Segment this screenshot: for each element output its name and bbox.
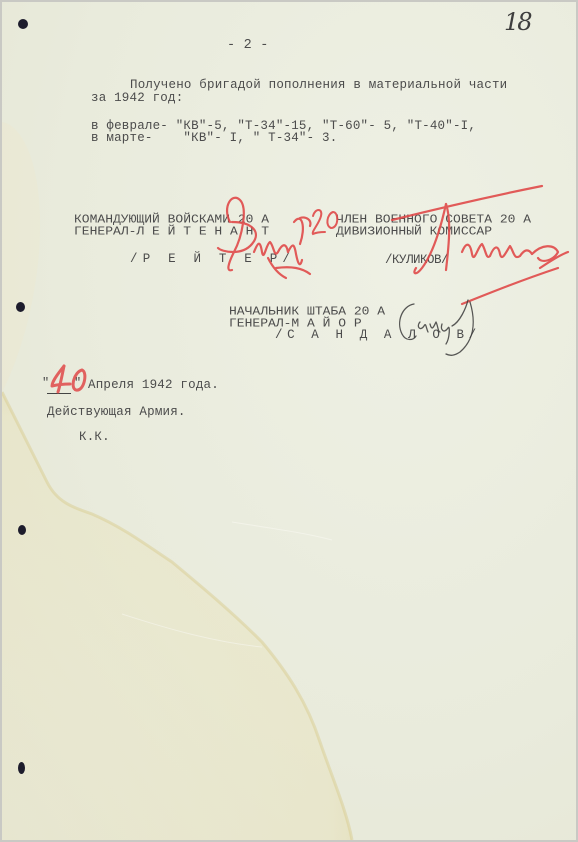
folio-number: 18: [504, 8, 531, 36]
typist-initials: К.К.: [79, 430, 110, 444]
date-open-quote: ": [42, 376, 49, 390]
body-line-1: Получено бригадой пополнения в материаль…: [130, 78, 507, 92]
binding-hole: [18, 19, 28, 29]
binding-hole: [18, 525, 26, 535]
date-day-handwritten: [48, 362, 92, 396]
date-close-quote: ": [74, 376, 81, 390]
chief-of-staff-name: /С А Н Д А Л О В/: [275, 328, 481, 342]
body-line-2: за 1942 год:: [91, 91, 183, 105]
document-page: 18 - 2 - Получено бригадой пополнения в …: [2, 2, 576, 840]
date-day-underline: [47, 393, 71, 394]
date-month-year: Апреля 1942 года.: [88, 378, 219, 392]
kulikov-signature: [382, 182, 576, 307]
march-deliveries: в марте- "КВ"- I, " Т-34"- 3.: [91, 131, 337, 145]
sandalov-signature: [394, 292, 484, 362]
council-member-title-2: ДИВИЗИОННЫЙ КОМИССАР: [336, 226, 492, 237]
page-number: - 2 -: [227, 38, 269, 53]
binding-hole: [18, 762, 25, 774]
commander-name: /Р Е Й Т Е Р/: [130, 252, 295, 266]
location: Действующая Армия.: [47, 405, 186, 419]
binding-hole: [16, 302, 25, 312]
commander-title-2: ГЕНЕРАЛ-Л Е Й Т Е Н А Н Т: [74, 226, 269, 237]
council-member-name: /КУЛИКОВ/: [385, 253, 448, 267]
